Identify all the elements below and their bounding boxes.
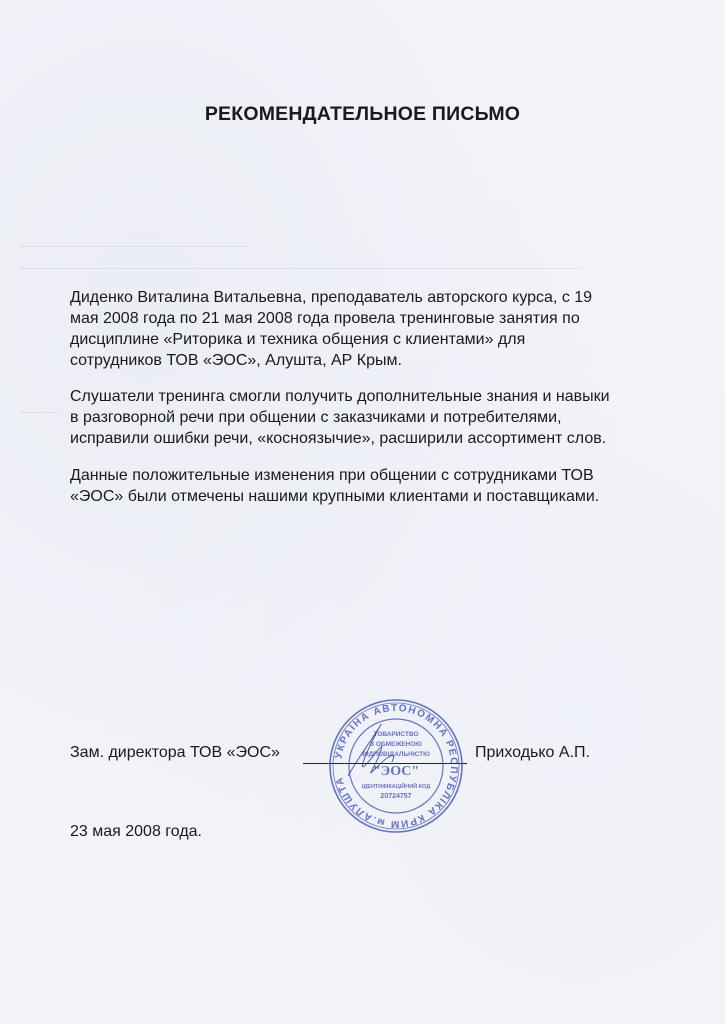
paper-background	[0, 0, 725, 1024]
text-line: Слушатели тренинга смогли получить допол…	[70, 386, 670, 407]
scan-artifact	[20, 246, 250, 247]
signer-position: Зам. директора ТОВ «ЭОС»	[70, 744, 280, 762]
paragraph-results: Слушатели тренинга смогли получить допол…	[70, 386, 670, 449]
paragraph-intro: Диденко Виталина Витальевна, преподавате…	[70, 287, 670, 371]
scan-artifact	[20, 268, 580, 269]
svg-text:ІДЕНТИФІКАЦІЙНИЙ КОД: ІДЕНТИФІКАЦІЙНИЙ КОД	[362, 782, 430, 790]
text-line: Данные положительные изменения при общен…	[70, 465, 670, 486]
paragraph-feedback: Данные положительные изменения при общен…	[70, 465, 670, 507]
text-line: мая 2008 года по 21 мая 2008 года провел…	[70, 308, 670, 329]
document-title: РЕКОМЕНДАТЕЛЬНОЕ ПИСЬМО	[0, 103, 725, 126]
scan-artifact	[20, 412, 60, 413]
text-line: в разговорной речи при общении с заказчи…	[70, 407, 670, 428]
svg-text:20724757: 20724757	[380, 793, 411, 800]
document-date: 23 мая 2008 года.	[70, 823, 202, 841]
text-line: Диденко Виталина Витальевна, преподавате…	[70, 287, 670, 308]
text-line: «ЭОС» были отмечены нашими крупными клие…	[70, 486, 670, 507]
svg-text:"ЭОС": "ЭОС"	[373, 764, 419, 779]
text-line: сотрудников ТОВ «ЭОС», Алушта, АР Крым.	[70, 350, 670, 371]
signer-name: Приходько А.П.	[475, 744, 590, 762]
company-stamp-icon: УКРАЇНА АВТОНОМНА РЕСПУБЛІКА КРИМ м.АЛУШ…	[328, 698, 464, 834]
svg-text:ТОВАРИСТВО: ТОВАРИСТВО	[373, 731, 418, 738]
text-line: исправили ошибки речи, «косноязычие», ра…	[70, 428, 670, 449]
svg-text:З ОБМЕЖЕНОЮ: З ОБМЕЖЕНОЮ	[370, 741, 422, 748]
text-line: дисциплине «Риторика и техника общения с…	[70, 329, 670, 350]
